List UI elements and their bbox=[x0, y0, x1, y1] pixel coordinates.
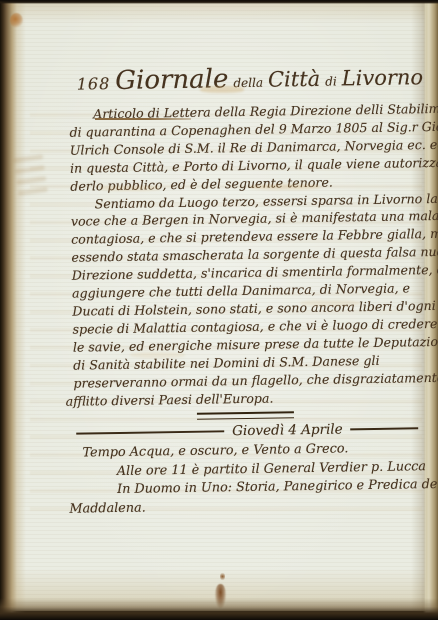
ink-stain bbox=[220, 572, 225, 581]
title-word: Livorno bbox=[342, 65, 424, 90]
paper-smudge bbox=[200, 86, 244, 93]
entry-heading-row: Giovedì 4 Aprile bbox=[64, 421, 426, 443]
entry-text: Tempo Acqua, e oscuro, e Vento a Greco. … bbox=[64, 440, 427, 519]
paper-smudge bbox=[250, 184, 320, 190]
binding-edge bbox=[0, 0, 26, 620]
title-word: di bbox=[325, 75, 337, 89]
bottom-shadow bbox=[0, 598, 438, 620]
article-text: Articolo di Lettera della Regia Direzion… bbox=[59, 100, 426, 410]
entry-heading: Giovedì 4 Aprile bbox=[232, 422, 343, 440]
paper-smudge bbox=[300, 300, 360, 306]
paper-smudge bbox=[100, 186, 160, 191]
paper-smudge bbox=[130, 352, 185, 358]
paper-stain bbox=[10, 13, 23, 28]
top-shadow bbox=[0, 0, 438, 4]
underline-mark bbox=[95, 118, 191, 120]
journal-title: 168 Giornale della Città di Livorno bbox=[76, 61, 420, 96]
title-word: Città bbox=[268, 67, 321, 92]
heading-rule bbox=[76, 431, 224, 435]
page-number: 168 bbox=[77, 74, 111, 94]
scanned-book-photo: 168 Giornale della Città di Livorno Arti… bbox=[0, 0, 438, 620]
section-divider-rule bbox=[197, 412, 294, 421]
heading-rule bbox=[351, 428, 419, 431]
handwritten-content: 168 Giornale della Città di Livorno Arti… bbox=[58, 61, 427, 519]
